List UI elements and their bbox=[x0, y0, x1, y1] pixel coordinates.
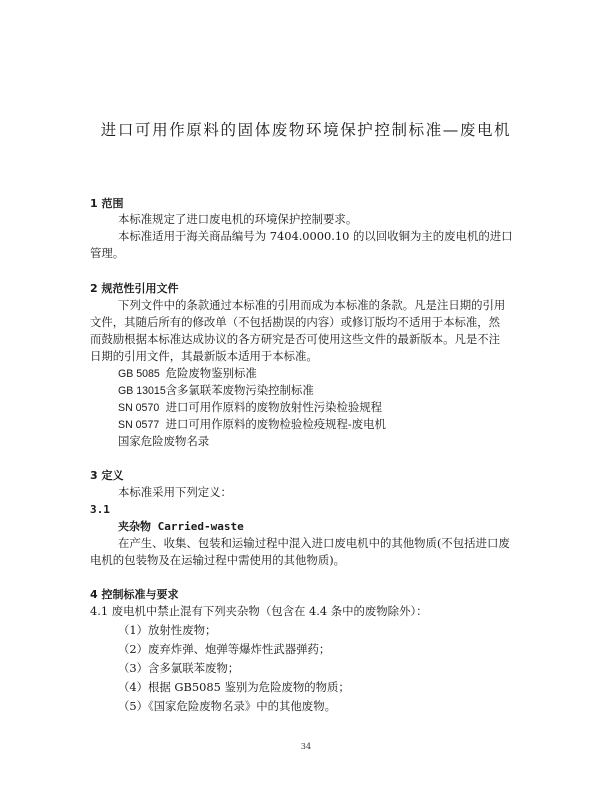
reference-item: GB 13015 含多氯联苯废物污染控制标准 bbox=[118, 383, 558, 399]
section-1-paragraph-2-line-1: 本标准适用于海关商品编号为 7404.0000.10 的以回收铜为主的废电机的进… bbox=[118, 229, 558, 244]
reference-item: SN 0570 进口可用作原料的废物放射性污染检验规程 bbox=[118, 400, 558, 416]
section-3-paragraph: 本标准采用下列定义： bbox=[118, 485, 558, 500]
section-2-paragraph-line-3: 而鼓励根据本标准达成协议的各方研究是否可使用这些文件的最新版本。凡是不注 bbox=[90, 332, 530, 347]
prohibited-item: （1）放射性废物； bbox=[118, 623, 558, 638]
page-number: 34 bbox=[0, 742, 612, 751]
reference-name: 含多氯联苯废物污染控制标准 bbox=[166, 383, 314, 397]
reference-item: 国家危险废物名录 bbox=[118, 434, 558, 449]
clause-4-1: 4.1 废电机中禁止混有下列夹杂物（包含在 4.4 条中的废物除外）： bbox=[90, 604, 530, 619]
section-1-heading: 1 范围 bbox=[90, 196, 530, 211]
section-1-paragraph-2-line-2: 管理。 bbox=[90, 246, 530, 261]
definition-line-2: 电机的包装物及在运输过程中需使用的其他物质)。 bbox=[90, 553, 530, 568]
prohibited-item: （4）根据 GB5085 鉴别为危险废物的物质； bbox=[118, 680, 558, 695]
reference-name: 危险废物鉴别标准 bbox=[166, 366, 257, 380]
section-2-paragraph-line-2: 文件，其随后所有的修改单（不包括勘误的内容）或修订版均不适用于本标准，然 bbox=[90, 315, 530, 330]
reference-code: SN 0570 bbox=[118, 401, 162, 416]
reference-code: SN 0577 bbox=[118, 418, 162, 433]
reference-name: 进口可用作原料的废物放射性污染检验规程 bbox=[166, 400, 382, 414]
reference-name: 国家危险废物名录 bbox=[118, 434, 209, 448]
section-2-paragraph-line-1: 下列文件中的条款通过本标准的引用而成为本标准的条款。凡是注日期的引用 bbox=[118, 298, 558, 313]
prohibited-item: （2）废弃炸弹、炮弹等爆炸性武器弹药； bbox=[118, 642, 558, 657]
section-1-paragraph-1: 本标准规定了进口废电机的环境保护控制要求。 bbox=[118, 212, 558, 227]
section-2-heading: 2 规范性引用文件 bbox=[90, 281, 530, 296]
reference-item: GB 5085 危险废物鉴别标准 bbox=[118, 366, 558, 382]
document-page: 进口可用作原料的固体废物环境保护控制标准—废电机 1 范围 本标准规定了进口废电… bbox=[0, 0, 612, 792]
reference-code: GB 13015 bbox=[118, 384, 162, 399]
prohibited-item: （3）含多氯联苯废物； bbox=[118, 661, 558, 676]
definition-line-1: 在产生、收集、包装和运输过程中混入进口废电机中的其他物质(不包括进口废 bbox=[118, 536, 558, 551]
section-2-paragraph-line-4: 日期的引用文件，其最新版本适用于本标准。 bbox=[90, 349, 530, 364]
subsection-number: 3.1 bbox=[90, 502, 530, 517]
reference-name: 进口可用作原料的废物检验检疫规程-废电机 bbox=[166, 417, 386, 431]
document-title: 进口可用作原料的固体废物环境保护控制标准—废电机 bbox=[0, 118, 612, 140]
prohibited-item: （5）《国家危险废物名录》中的其他废物。 bbox=[118, 699, 558, 714]
term-heading: 夹杂物 Carried-waste bbox=[118, 519, 558, 534]
reference-code: GB 5085 bbox=[118, 367, 162, 382]
reference-item: SN 0577 进口可用作原料的废物检验检疫规程-废电机 bbox=[118, 417, 558, 433]
section-3-heading: 3 定义 bbox=[90, 468, 530, 483]
section-4-heading: 4 控制标准与要求 bbox=[90, 587, 530, 602]
